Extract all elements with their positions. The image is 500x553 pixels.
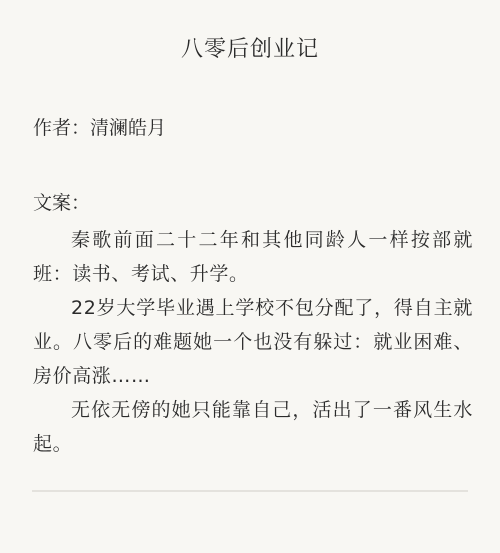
synopsis-label: 文案： [33, 188, 473, 218]
book-title: 八零后创业记 [0, 36, 500, 64]
author-line: 作者：清澜皓月 [33, 115, 166, 141]
synopsis-paragraph-1: 秦歌前面二十二年和其他同龄人一样按部就班：读书、考试、升学。 [33, 223, 473, 291]
synopsis-section: 文案： 秦歌前面二十二年和其他同龄人一样按部就班：读书、考试、升学。 22岁大学… [33, 188, 473, 461]
synopsis-paragraph-2: 22岁大学毕业遇上学校不包分配了，得自主就业。八零后的难题她一个也没有躲过：就业… [33, 291, 473, 393]
synopsis-paragraph-3: 无依无傍的她只能靠自己，活出了一番风生水起。 [33, 393, 473, 461]
section-divider [32, 490, 468, 492]
